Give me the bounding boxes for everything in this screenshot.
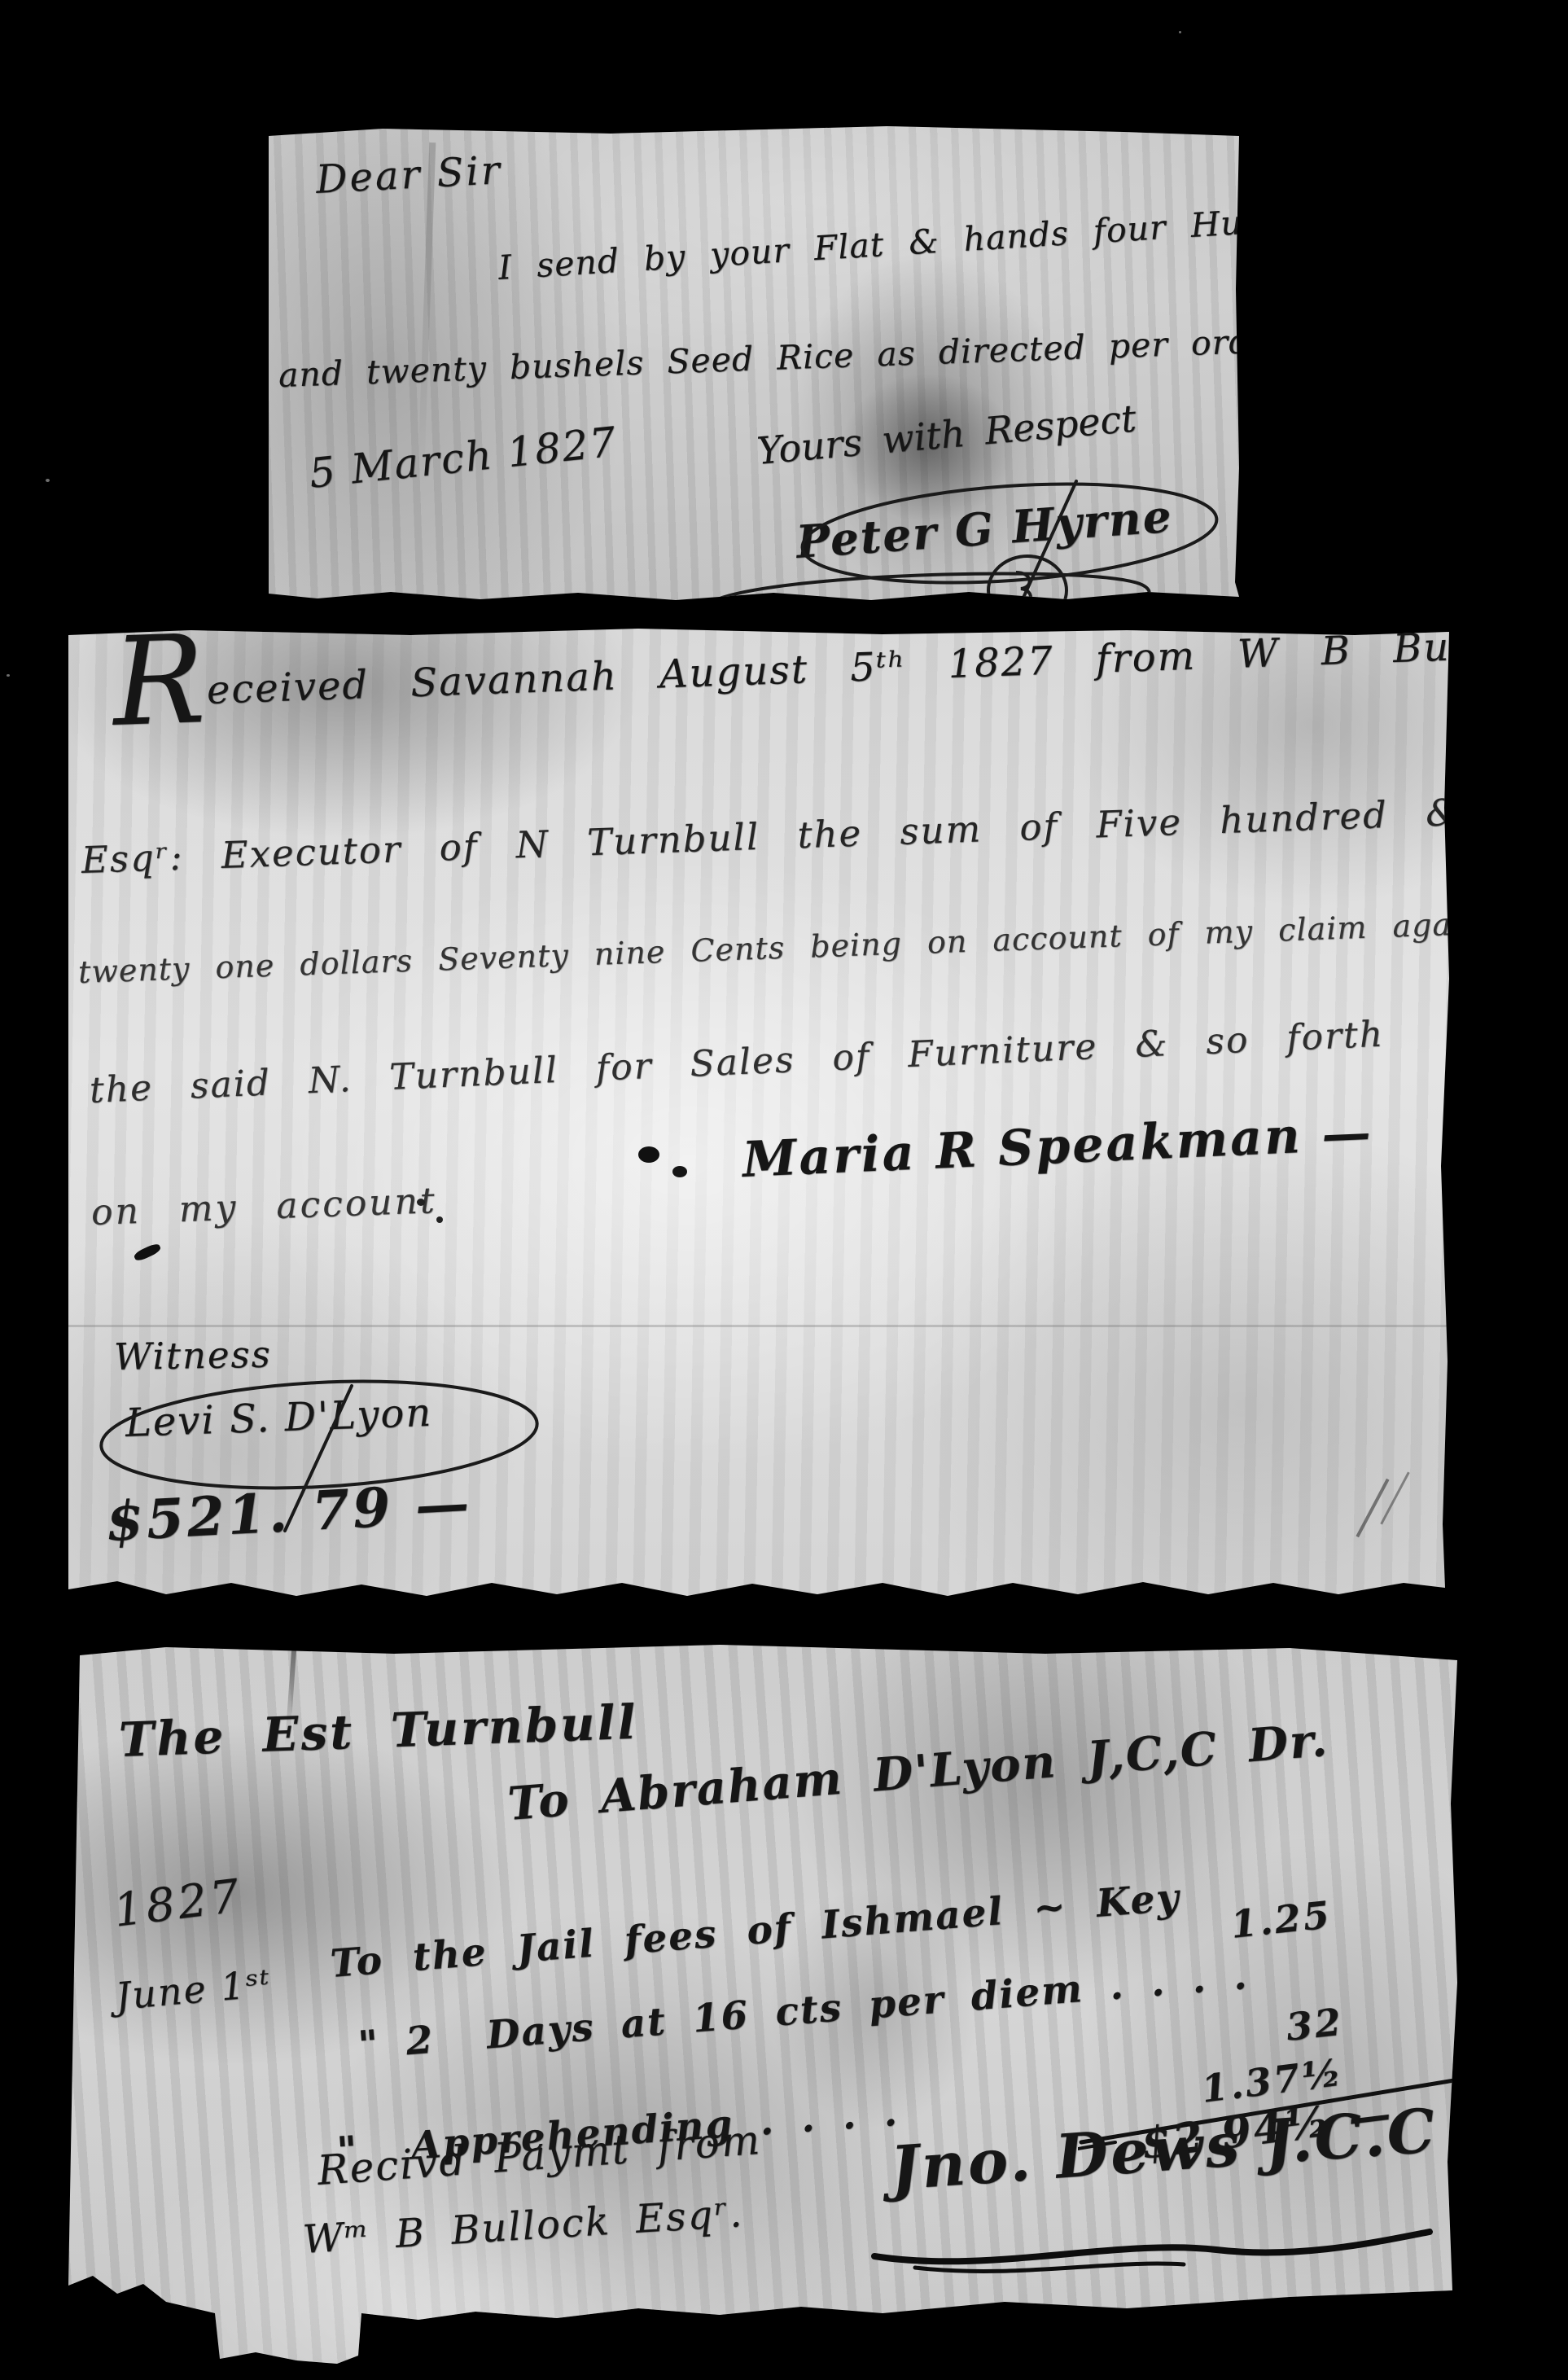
- letter-body-line-1: I send by your Flat & hands four Hundred: [497, 196, 1239, 287]
- letter-body-line-2: and twenty bushels Seed Rice as directed…: [278, 321, 1239, 395]
- letter-signature: Peter G Hyrne: [795, 489, 1175, 568]
- bill-row-date: June 1ˢᵗ: [114, 1961, 274, 2018]
- dust-speck: [46, 479, 50, 482]
- receipt-line-5: on my account: [90, 1180, 437, 1234]
- scanned-archive-page: Dear Sir I send by your Flat & hands fou…: [0, 0, 1568, 2380]
- bill-row-date: " 2: [357, 2018, 436, 2068]
- receipt-line-4: the said N. Turnbull for Sales of Furnit…: [89, 1014, 1385, 1111]
- letter-salutation: Dear Sir: [315, 147, 504, 203]
- receipt-signature: Maria R Speakman —: [741, 1104, 1373, 1189]
- receipt-line-1: Received Savannah August 5ᵗʰ 1827 from W…: [112, 629, 1449, 717]
- jail-bill-document: The Est Turnbull To Abraham D'Lyon J,C,C…: [68, 1641, 1457, 2365]
- bill-signature: Jno. Dews J.C.C: [888, 2096, 1439, 2204]
- receipt-amount: $521. 79 —: [104, 1471, 474, 1553]
- receipt-document: Received Savannah August 5ᵗʰ 1827 from W…: [68, 629, 1449, 1599]
- bill-row-desc-text: Days at 16 cts per diem . . . .: [485, 1953, 1250, 2058]
- bill-row-amount: 32: [1284, 2000, 1345, 2049]
- fold-crease: [68, 1325, 1449, 1327]
- witness-label: Witness: [114, 1333, 273, 1378]
- bill-row-amount: 1.25: [1229, 1892, 1334, 1947]
- receipt-line-2: Esqʳ: Executor of N Turnbull the sum of …: [81, 791, 1449, 882]
- witness-signature: Levi S. D'Lyon: [125, 1390, 433, 1446]
- receipt-line-1-text: eceived Savannah August 5ᵗʰ 1827 from W …: [206, 629, 1449, 713]
- letter-closing: Yours with Respect: [756, 396, 1138, 473]
- receipt-line-3: twenty one dollars Seventy nine Cents be…: [77, 904, 1449, 990]
- bill-debtor: The Est Turnbull: [118, 1694, 639, 1768]
- letter-document: Dear Sir I send by your Flat & hands fou…: [269, 126, 1239, 605]
- bill-signature-underline: [866, 2211, 1436, 2284]
- bill-year: 1827: [111, 1869, 245, 1938]
- ink-blot: [638, 1146, 659, 1163]
- letter-date: 5 March 1827: [307, 418, 620, 497]
- bill-received-line-2: Wᵐ B Bullock Esqʳ.: [301, 2190, 744, 2263]
- pen-scratch: [1356, 1479, 1389, 1538]
- ink-blot: [672, 1166, 687, 1177]
- dust-speck: [7, 674, 10, 677]
- ink-blot: [133, 1242, 162, 1262]
- pen-scratch: [1380, 1472, 1409, 1525]
- receipt-initial-cap: R: [111, 629, 209, 754]
- dust-speck: [1179, 31, 1181, 33]
